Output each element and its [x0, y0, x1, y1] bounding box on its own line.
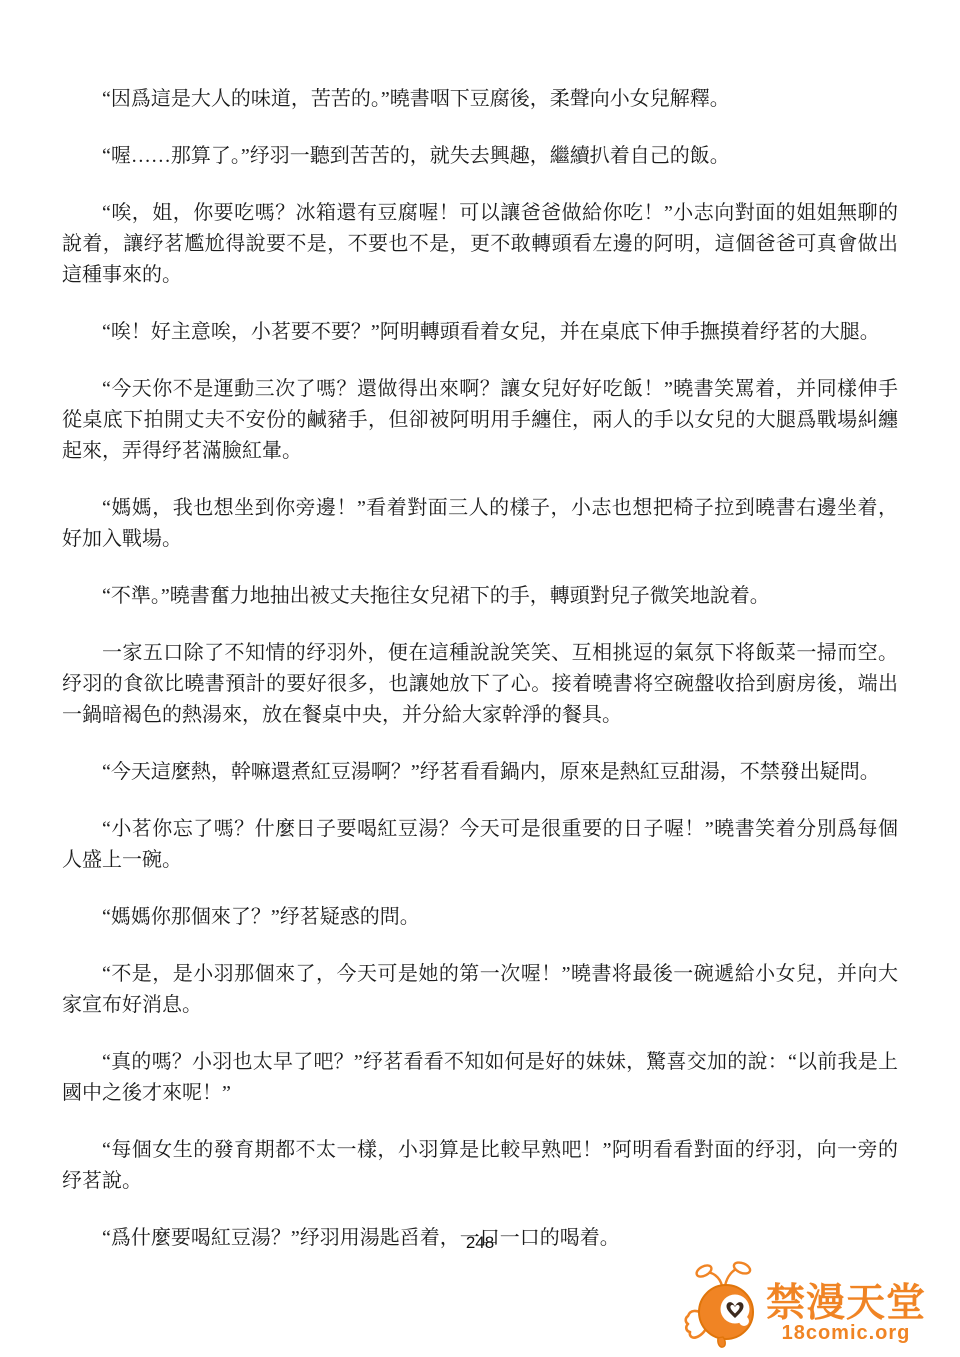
- paragraph: “不是，是小羽那個來了，今天可是她的第一次喔！”曉書将最後一碗遞給小女兒，并向大…: [62, 959, 898, 1021]
- page-number: 248: [0, 1233, 960, 1253]
- story-text: “因爲這是大人的味道，苦苦的。”曉書咽下豆腐後，柔聲向小女兒解釋。 “喔……那算…: [62, 84, 898, 1280]
- paragraph: “小茗你忘了嗎？什麼日子要喝紅豆湯？今天可是很重要的日子喔！”曉書笑着分別爲每個…: [62, 814, 898, 876]
- paragraph: “因爲這是大人的味道，苦苦的。”曉書咽下豆腐後，柔聲向小女兒解釋。: [62, 84, 898, 115]
- paragraph: “喔……那算了。”纾羽一聽到苦苦的，就失去興趣，繼續扒着自己的飯。: [62, 141, 898, 172]
- paragraph: “每個女生的發育期都不太一樣，小羽算是比較早熟吧！”阿明看看對面的纾羽，向一旁的…: [62, 1135, 898, 1197]
- watermark-brand-name: 禁漫天堂: [766, 1284, 926, 1324]
- paragraph: “媽媽你那個來了？”纾茗疑惑的問。: [62, 902, 898, 933]
- document-page: “因爲這是大人的味道，苦苦的。”曉書咽下豆腐後，柔聲向小女兒解釋。 “喔……那算…: [0, 0, 960, 1357]
- paragraph: “唉！好主意唉，小茗要不要？”阿明轉頭看着女兒，并在桌底下伸手撫摸着纾茗的大腿。: [62, 317, 898, 348]
- watermark-logo: 禁漫天堂 18comic.org: [684, 1259, 926, 1351]
- paragraph: “唉，姐，你要吃嗎？冰箱還有豆腐喔！可以讓爸爸做給你吃！”小志向對面的姐姐無聊的…: [62, 198, 898, 291]
- watermark-text: 禁漫天堂 18comic.org: [766, 1268, 926, 1343]
- paragraph: 一家五口除了不知情的纾羽外，便在這種說說笑笑、互相挑逗的氣氛下将飯菜一掃而空。纾…: [62, 638, 898, 731]
- paragraph: “真的嗎？小羽也太早了吧？”纾茗看看不知如何是好的妹妹，驚喜交加的說：“以前我是…: [62, 1047, 898, 1109]
- paragraph: “不準。”曉書奮力地抽出被丈夫拖往女兒裙下的手，轉頭對兒子微笑地說着。: [62, 581, 898, 612]
- paragraph: “今天你不是運動三次了嗎？還做得出來啊？讓女兒好好吃飯！”曉書笑罵着，并同樣伸手…: [62, 374, 898, 467]
- mascot-whale-icon: [684, 1259, 762, 1351]
- watermark-site-url: 18comic.org: [782, 1323, 911, 1343]
- paragraph: “媽媽，我也想坐到你旁邊！”看着對面三人的樣子，小志也想把椅子拉到曉書右邊坐着，…: [62, 493, 898, 555]
- paragraph: “今天這麼熱，幹嘛還煮紅豆湯啊？”纾茗看看鍋内，原來是熱紅豆甜湯，不禁發出疑問。: [62, 757, 898, 788]
